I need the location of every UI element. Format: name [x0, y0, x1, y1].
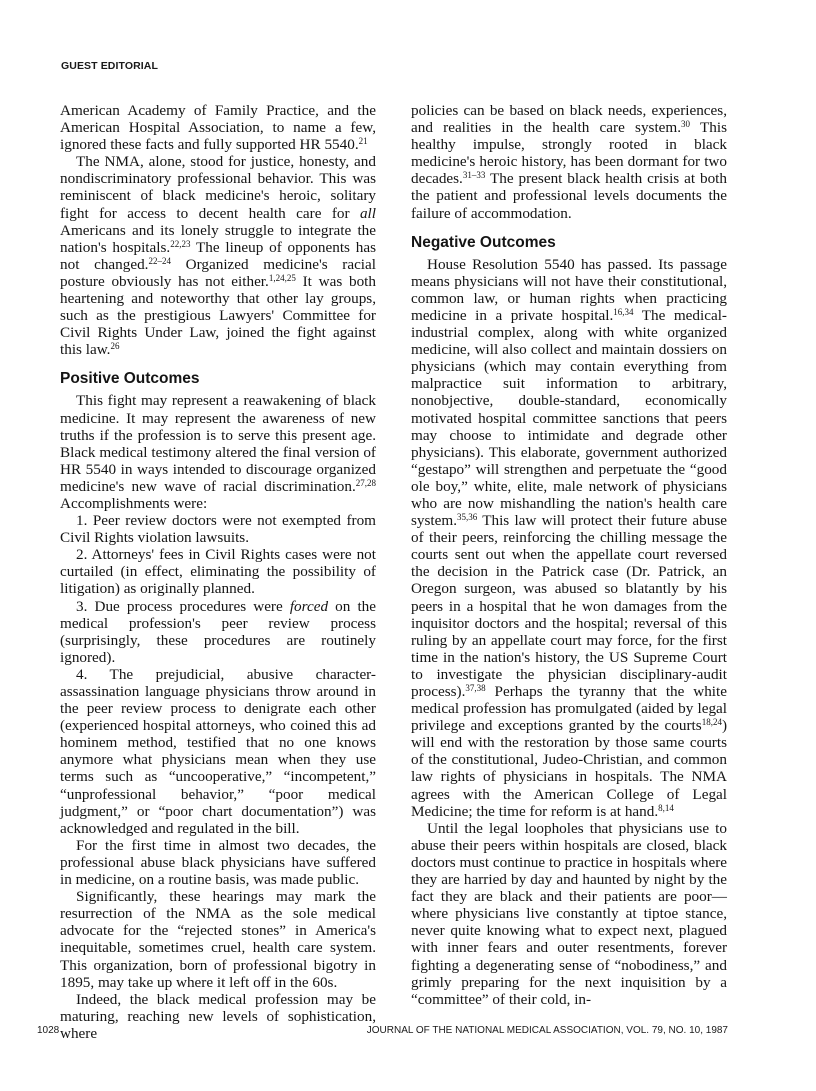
paragraph: Until the legal loopholes that physician…	[411, 820, 727, 1008]
emphasis: all	[360, 205, 376, 222]
list-item: 2. Attorneys' fees in Civil Rights cases…	[60, 546, 376, 597]
citation: 8,14	[658, 803, 674, 813]
citation: 16,34	[613, 307, 633, 317]
citation: 18,24	[702, 717, 722, 727]
paragraph-text: American Academy of Family Practice, and…	[60, 102, 376, 153]
paragraph-text: 3. Due process procedures were	[76, 598, 290, 615]
paragraph-text: Accomplishments were:	[60, 495, 207, 512]
paragraph: Significantly, these hearings may mark t…	[60, 888, 376, 991]
citation: 30	[681, 119, 690, 129]
paragraph-text: The medical-industrial complex, along wi…	[411, 307, 727, 529]
paragraph-text: policies can be based on black needs, ex…	[411, 102, 727, 136]
list-item: 3. Due process procedures were forced on…	[60, 598, 376, 666]
paragraph-text: This fight may represent a reawakening o…	[60, 392, 376, 494]
paragraph: American Academy of Family Practice, and…	[60, 102, 376, 153]
citation: 26	[110, 341, 119, 351]
emphasis: forced	[290, 598, 328, 615]
paragraph: For the first time in almost two decades…	[60, 837, 376, 888]
citation: 35,36	[457, 512, 477, 522]
section-heading-positive-outcomes: Positive Outcomes	[60, 370, 376, 388]
list-item: 1. Peer review doctors were not exempted…	[60, 512, 376, 546]
left-column: American Academy of Family Practice, and…	[60, 102, 376, 1042]
journal-citation: JOURNAL OF THE NATIONAL MEDICAL ASSOCIAT…	[214, 1025, 728, 1036]
running-head: GUEST EDITORIAL	[61, 60, 158, 72]
citation: 27,28	[356, 478, 376, 488]
citation: 22,23	[170, 239, 190, 249]
citation: 31–33	[463, 170, 486, 180]
page-number: 1028	[37, 1025, 59, 1036]
right-column: policies can be based on black needs, ex…	[411, 102, 727, 1008]
section-heading-negative-outcomes: Negative Outcomes	[411, 234, 727, 252]
paragraph: This fight may represent a reawakening o…	[60, 392, 376, 512]
paragraph: House Resolution 5540 has passed. Its pa…	[411, 256, 727, 820]
paragraph: policies can be based on black needs, ex…	[411, 102, 727, 222]
paragraph-text: The NMA, alone, stood for justice, hones…	[60, 153, 376, 221]
paragraph-text: This law will protect their future abuse…	[411, 512, 727, 700]
citation: 21	[359, 136, 368, 146]
citation: 22–24	[148, 256, 171, 266]
list-item: 4. The prejudicial, abusive character-as…	[60, 666, 376, 837]
citation: 1,24,25	[269, 273, 296, 283]
paragraph: The NMA, alone, stood for justice, hones…	[60, 153, 376, 358]
citation: 37,38	[465, 683, 485, 693]
